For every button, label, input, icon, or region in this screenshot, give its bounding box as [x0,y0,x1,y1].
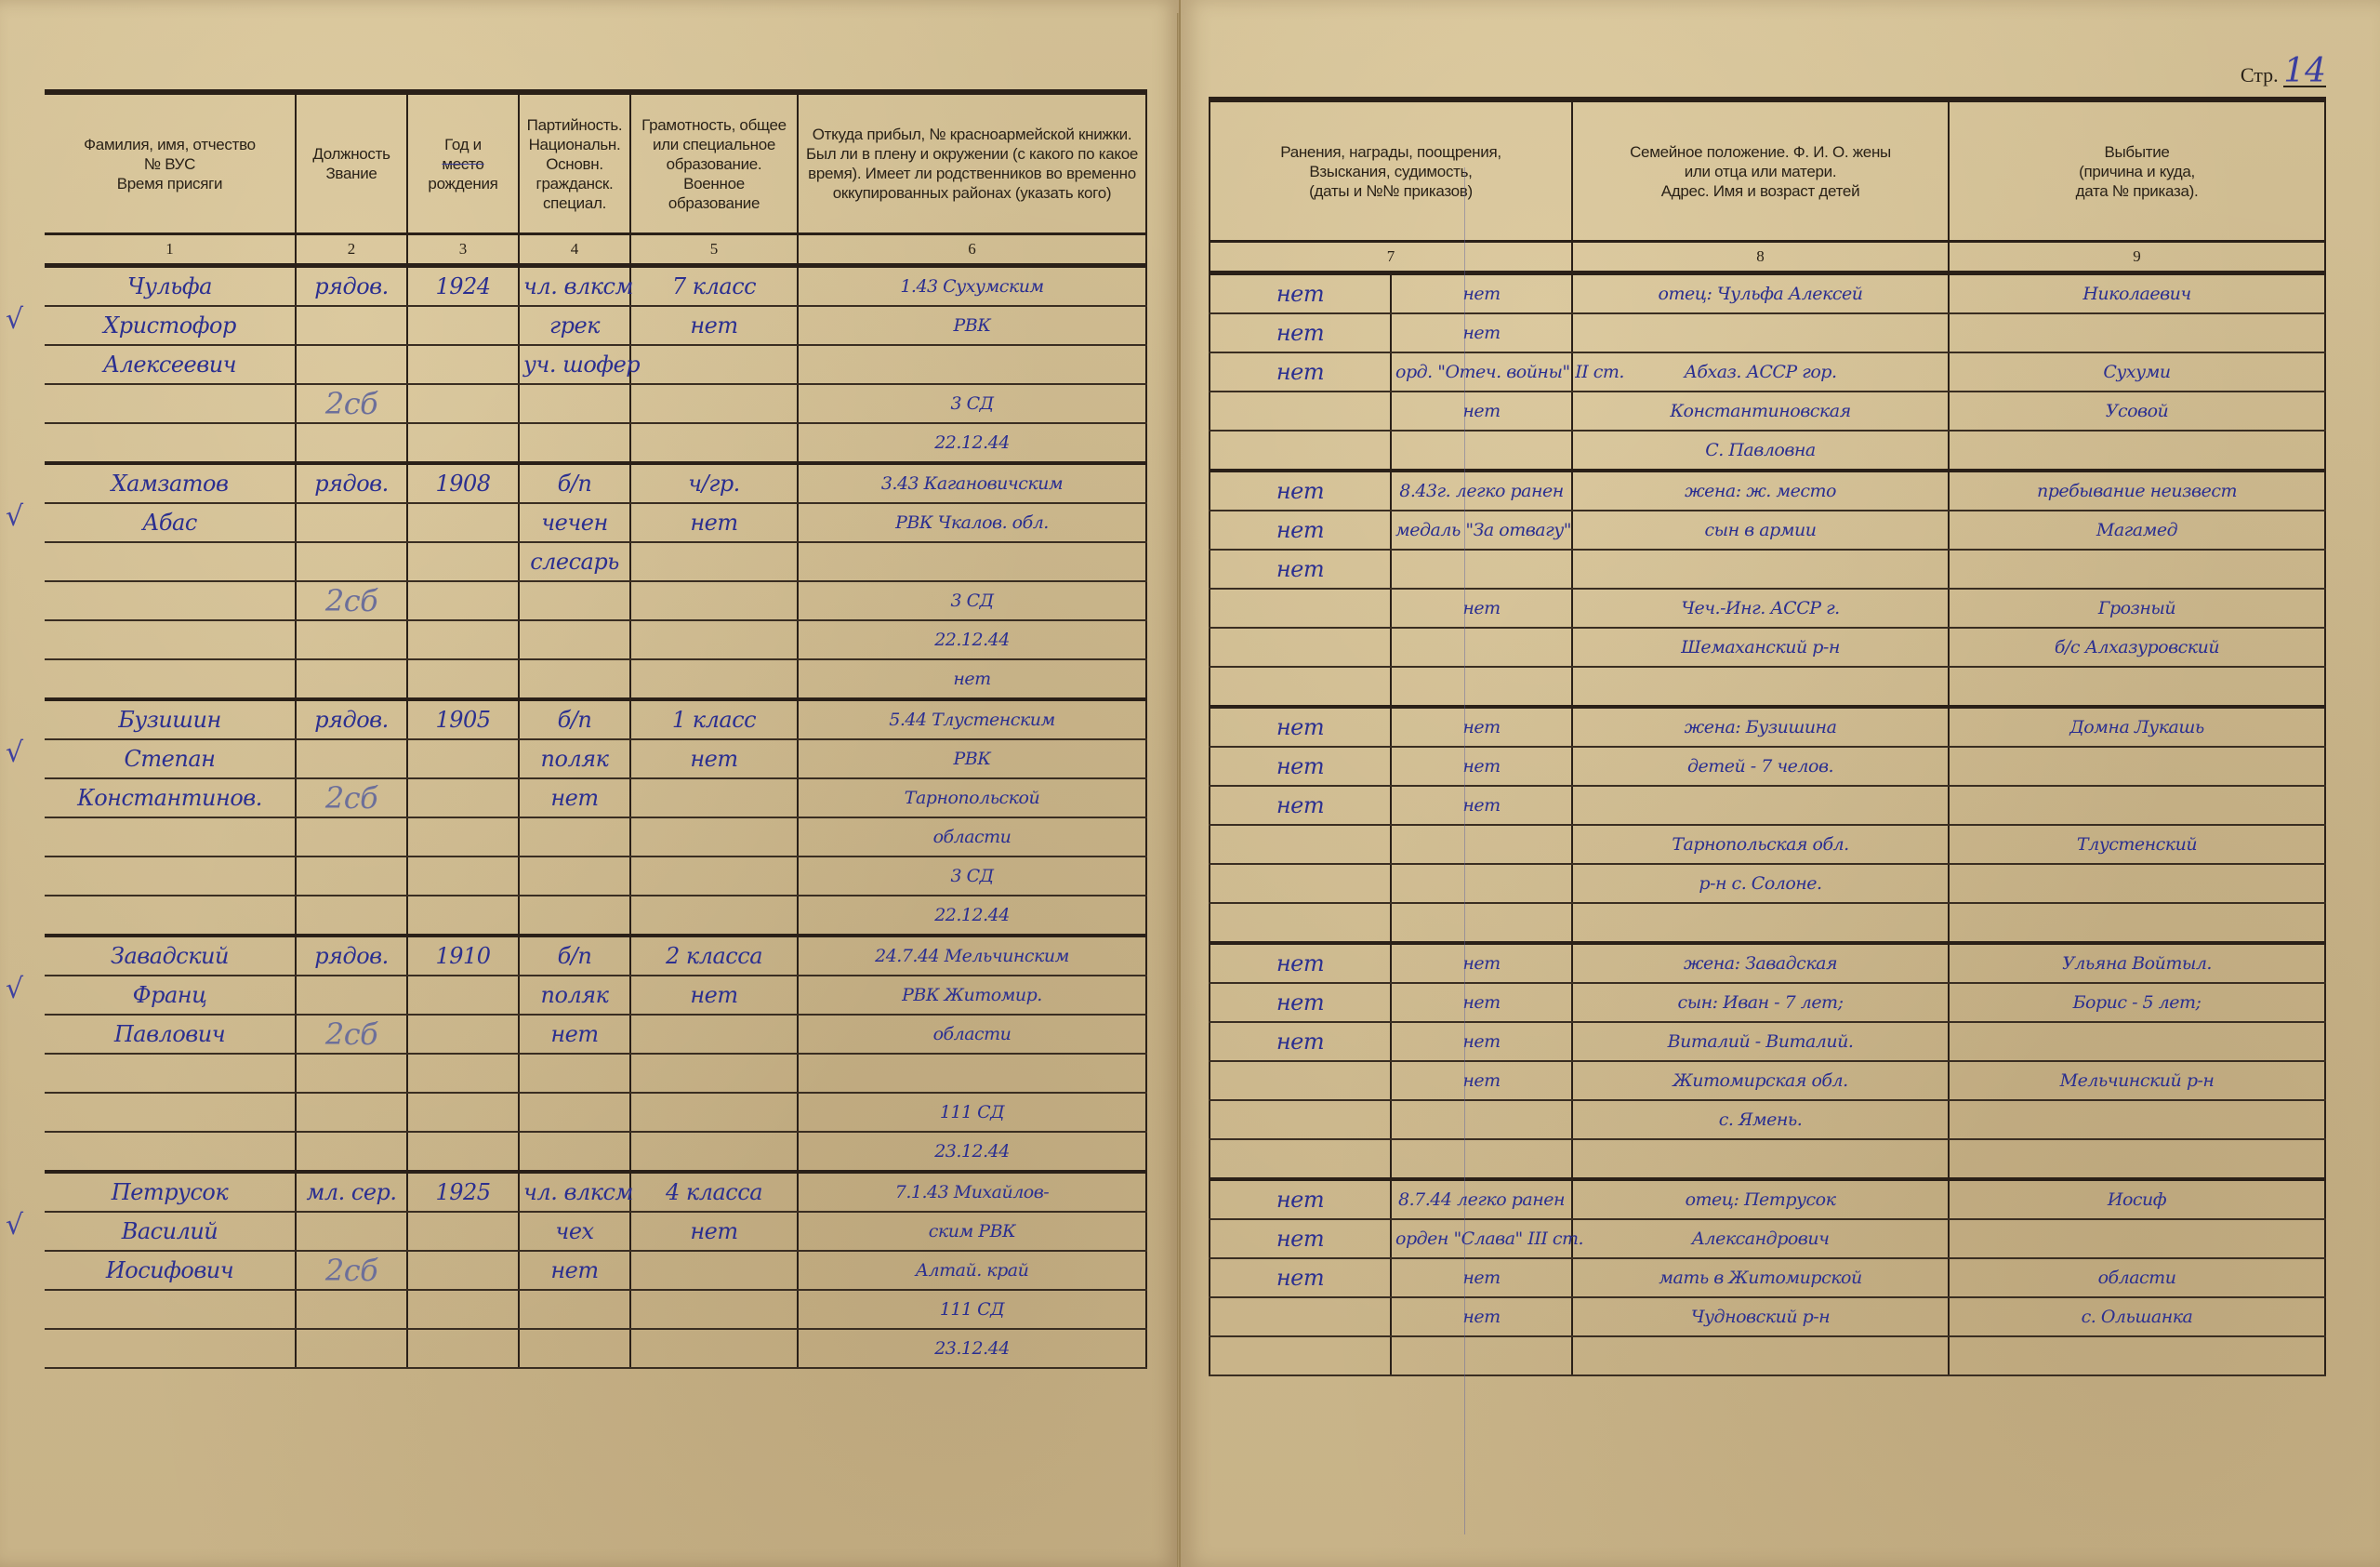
table-cell: нет [519,778,630,817]
table-cell [407,1212,519,1251]
table-cell [45,620,296,659]
table-cell: нет [1210,1022,1391,1061]
table-cell [630,620,798,659]
table-cell [407,896,519,936]
table-cell [1949,786,2325,825]
table-cell: 1.43 Сухумским [798,266,1146,307]
table-cell: нет [1210,550,1391,589]
table-cell [1391,628,1572,667]
table-cell [45,659,296,699]
table-cell: поляк [519,739,630,778]
table-row: нет [1210,550,2325,589]
table-cell: рядов. [296,266,407,307]
table-cell [630,1054,798,1093]
table-cell: Усовой [1949,392,2325,431]
header-education: Грамотность, общее или специальное образ… [630,92,798,234]
table-cell: Шемаханский р-н [1572,628,1949,667]
table-cell: Чульфа [45,266,296,307]
table-cell [296,542,407,581]
col-number: 7 [1210,242,1572,273]
table-cell: Тарнопольской [798,778,1146,817]
table-cell [630,423,798,463]
table-cell: нет [1391,747,1572,786]
table-row [1210,667,2325,707]
table-cell: Ульяна Войтыл. [1949,943,2325,983]
table-cell: р-н с. Солоне. [1572,864,1949,903]
table-row: 3 СД [45,857,1146,896]
table-row: 111 СД [45,1093,1146,1132]
table-cell: чечен [519,503,630,542]
table-cell [45,817,296,857]
table-cell [296,503,407,542]
table-cell: рядов. [296,699,407,739]
table-cell [296,976,407,1015]
table-cell: 24.7.44 Мельчинским [798,936,1146,976]
table-cell [630,817,798,857]
table-cell [1391,667,1572,707]
table-row: Хамзатоврядов.1908б/пч/гр.3.43 Каганович… [45,463,1146,503]
table-cell [519,581,630,620]
table-cell [630,896,798,936]
table-cell: б/с Алхазуровский [1949,628,2325,667]
table-cell [1391,864,1572,903]
table-cell: нет [1391,707,1572,747]
table-cell [798,1054,1146,1093]
checkmark-icon: √ [6,500,23,533]
table-cell: РВК [798,306,1146,345]
col-number: 3 [407,234,519,266]
table-row: слесарь [45,542,1146,581]
table-row [1210,1336,2325,1375]
table-cell: пребывание неизвест [1949,471,2325,511]
table-row: р-н с. Солоне. [1210,864,2325,903]
table-cell: РВК Чкалов. обл. [798,503,1146,542]
table-cell: нет [1210,1258,1391,1297]
right-page: Стр. 14 Ранения, награды, поощрения, Взы… [1181,0,2380,1567]
table-cell [1949,667,2325,707]
left-records: Чульфарядов.1924чл. влксм7 класс1.43 Сух… [45,266,1146,1369]
table-cell: 1905 [407,699,519,739]
table-cell [407,1054,519,1093]
table-cell [519,1329,630,1368]
table-cell: Абас [45,503,296,542]
table-cell: б/п [519,936,630,976]
table-row: нетнет [1210,786,2325,825]
table-row: неторд. "Отеч. войны" II ст.Абхаз. АССР … [1210,352,2325,392]
table-cell: нет [1391,392,1572,431]
table-cell: 7 класс [630,266,798,307]
col-number: 1 [45,234,296,266]
table-cell: чл. влксм [519,266,630,307]
checkmark-icon: √ [6,303,23,336]
table-cell: 23.12.44 [798,1329,1146,1368]
table-cell [1391,825,1572,864]
table-cell: нет [1391,1061,1572,1100]
table-cell: нет [1210,747,1391,786]
table-cell: жена: Завадская [1572,943,1949,983]
table-cell [1572,550,1949,589]
col-number: 4 [519,234,630,266]
table-cell: 8.7.44 легко ранен [1391,1179,1572,1219]
table-cell: 2сб [296,384,407,423]
table-cell [45,1132,296,1172]
table-cell: нет [1210,943,1391,983]
table-cell [1949,864,2325,903]
table-cell [407,1251,519,1290]
table-cell [519,423,630,463]
table-cell [630,581,798,620]
table-cell [630,857,798,896]
header-party-nationality: Партийность. Национальн. Основн. граждан… [519,92,630,234]
col-number: 5 [630,234,798,266]
table-cell: Петрусок [45,1172,296,1212]
table-cell [1949,431,2325,471]
table-cell [407,423,519,463]
table-row: Василийчехнетским РВК [45,1212,1146,1251]
table-cell: Тарнопольская обл. [1572,825,1949,864]
table-cell [45,857,296,896]
table-cell: Бузишин [45,699,296,739]
table-cell: Абхаз. АССР гор. [1572,352,1949,392]
open-ledger-book: Фамилия, имя, отчество № ВУС Время прися… [0,0,2380,1567]
table-cell: нет [1210,1219,1391,1258]
table-cell: отец: Петрусок [1572,1179,1949,1219]
left-page: Фамилия, имя, отчество № ВУС Время прися… [0,0,1181,1567]
table-cell [296,1329,407,1368]
table-cell: 111 СД [798,1290,1146,1329]
table-cell: нет [1210,1179,1391,1219]
table-cell [1210,825,1391,864]
table-cell: нет [1391,983,1572,1022]
table-cell: Алексеевич [45,345,296,384]
table-cell [407,857,519,896]
table-row: Иосифович2сбнетАлтай. край [45,1251,1146,1290]
table-cell: чех [519,1212,630,1251]
table-cell [630,1015,798,1054]
table-row: 22.12.44 [45,620,1146,659]
table-cell [407,345,519,384]
table-cell [407,739,519,778]
table-cell: чл. влксм [519,1172,630,1212]
table-cell: 3.43 Кагановичским [798,463,1146,503]
table-cell: области [798,817,1146,857]
table-cell [1949,1139,2325,1179]
table-row: нетнетдетей - 7 челов. [1210,747,2325,786]
col-number: 2 [296,234,407,266]
table-cell [45,1329,296,1368]
table-cell [519,817,630,857]
table-cell [1210,903,1391,943]
table-cell: жена: ж. место [1572,471,1949,511]
table-cell: грек [519,306,630,345]
table-cell [630,778,798,817]
table-cell [1210,667,1391,707]
table-cell [1391,1100,1572,1139]
table-cell [296,1054,407,1093]
table-row: 2сб3 СД [45,581,1146,620]
table-cell: Домна Лукашь [1949,707,2325,747]
table-cell: Христофор [45,306,296,345]
table-cell [407,1015,519,1054]
table-cell [296,620,407,659]
table-cell: рядов. [296,463,407,503]
table-cell [1391,903,1572,943]
table-cell: 2 класса [630,936,798,976]
table-row: нетЧудновский р-нс. Ольшанка [1210,1297,2325,1336]
table-cell: нет [1391,1022,1572,1061]
header-birth-year: Год и [414,135,512,154]
table-cell [45,1290,296,1329]
table-cell [1391,550,1572,589]
table-cell: 2сб [296,1015,407,1054]
table-cell [296,306,407,345]
table-cell: нет [1210,313,1391,352]
table-row: нетнетжена: БузишинаДомна Лукашь [1210,707,2325,747]
personnel-table-left: Фамилия, имя, отчество № ВУС Время прися… [45,89,1147,1369]
table-cell: Борис - 5 лет; [1949,983,2325,1022]
table-cell: Павлович [45,1015,296,1054]
table-cell [296,1132,407,1172]
table-cell: жена: Бузишина [1572,707,1949,747]
col-number: 6 [798,234,1146,266]
table-row: Завадскийрядов.1910б/п2 класса24.7.44 Ме… [45,936,1146,976]
table-cell: 3 СД [798,857,1146,896]
table-cell [45,542,296,581]
table-cell [519,1093,630,1132]
table-cell: области [798,1015,1146,1054]
table-cell [1210,392,1391,431]
book-spine [1177,13,1180,1567]
table-cell: Виталий - Виталий. [1572,1022,1949,1061]
table-row: нетнетотец: Чульфа АлексейНиколаевич [1210,273,2325,314]
table-row: области [45,817,1146,857]
table-cell [296,817,407,857]
table-cell: Завадский [45,936,296,976]
table-cell [1391,1139,1572,1179]
col-number: 8 [1572,242,1949,273]
table-cell [1949,313,2325,352]
table-row: С. Павловна [1210,431,2325,471]
table-cell [45,1054,296,1093]
table-cell [1210,628,1391,667]
table-cell [1391,1336,1572,1375]
table-cell: орден "Слава" III ст. [1391,1219,1572,1258]
table-cell: Степан [45,739,296,778]
table-row: Алексеевичуч. шофер [45,345,1146,384]
table-cell: 5.44 Тлустенским [798,699,1146,739]
table-cell [519,896,630,936]
table-cell [1210,864,1391,903]
table-cell: 8.43г. легко ранен [1391,471,1572,511]
table-row [1210,903,2325,943]
table-cell [296,857,407,896]
table-cell: нет [1391,273,1572,314]
table-cell: нет [630,503,798,542]
table-cell: 23.12.44 [798,1132,1146,1172]
table-cell: ским РВК [798,1212,1146,1251]
table-cell [630,1093,798,1132]
table-cell: Василий [45,1212,296,1251]
table-cell [1210,1297,1391,1336]
table-row: нетЧеч.-Инг. АССР г.Грозный [1210,589,2325,628]
table-row: 2сб3 СД [45,384,1146,423]
table-row: СтепанполякнетРВК [45,739,1146,778]
table-cell: 2сб [296,581,407,620]
table-cell [1210,1061,1391,1100]
table-cell [45,1093,296,1132]
table-cell: Александрович [1572,1219,1949,1258]
table-cell [519,1132,630,1172]
table-cell: б/п [519,463,630,503]
table-cell: 22.12.44 [798,620,1146,659]
table-cell: Магамед [1949,511,2325,550]
table-row: Бузишинрядов.1905б/п1 класс5.44 Тлустенс… [45,699,1146,739]
table-cell: Чудновский р-н [1572,1297,1949,1336]
table-cell: 2сб [296,1251,407,1290]
table-cell [519,659,630,699]
table-row: нетмедаль "За отвагу"сын в армииМагамед [1210,511,2325,550]
table-row: Тарнопольская обл.Тлустенский [1210,825,2325,864]
table-cell [630,542,798,581]
table-row: АбасчеченнетРВК Чкалов. обл. [45,503,1146,542]
table-cell [296,896,407,936]
table-cell [630,384,798,423]
table-cell: нет [798,659,1146,699]
checkmark-icon: √ [6,973,23,1005]
right-records: нетнетотец: Чульфа АлексейНиколаевичнетн… [1210,273,2325,1376]
table-cell: Франц [45,976,296,1015]
table-cell: орд. "Отеч. войны" II ст. [1391,352,1572,392]
table-cell [1572,1336,1949,1375]
table-cell: нет [1391,1258,1572,1297]
table-cell: нет [630,976,798,1015]
table-cell [407,620,519,659]
table-cell [407,976,519,1015]
table-cell: Иосифович [45,1251,296,1290]
table-cell: нет [630,306,798,345]
table-cell [1949,1336,2325,1375]
table-cell [1210,1139,1391,1179]
table-cell [519,1290,630,1329]
header-origin: Откуда прибыл, № красноармейской книжки.… [798,92,1146,234]
table-row: 22.12.44 [45,896,1146,936]
header-birth-place-struck: место [414,154,512,174]
table-cell: нет [1210,352,1391,392]
table-cell: 1925 [407,1172,519,1212]
table-cell [407,1132,519,1172]
table-cell: нет [519,1251,630,1290]
table-cell: нет [519,1015,630,1054]
table-cell [630,1251,798,1290]
table-cell: Константинов. [45,778,296,817]
table-cell: области [1949,1258,2325,1297]
table-cell [630,1290,798,1329]
table-cell: мл. сер. [296,1172,407,1212]
table-row: Павлович2сбнетобласти [45,1015,1146,1054]
table-cell: 22.12.44 [798,896,1146,936]
table-cell: 1908 [407,463,519,503]
table-cell [296,345,407,384]
table-cell: нет [1210,707,1391,747]
table-row: Константинов.2сбнетТарнопольской [45,778,1146,817]
table-cell [1210,1336,1391,1375]
table-row: нет [45,659,1146,699]
table-cell [630,1329,798,1368]
table-cell: Житомирская обл. [1572,1061,1949,1100]
table-cell [45,896,296,936]
page-label: Стр. [2241,63,2279,86]
table-row: ХристофоргрекнетРВК [45,306,1146,345]
table-cell: нет [1391,786,1572,825]
table-cell [1949,1100,2325,1139]
table-row: нет8.7.44 легко раненотец: ПетрусокИосиф [1210,1179,2325,1219]
table-cell [407,817,519,857]
table-row: неторден "Слава" III ст.Александрович [1210,1219,2325,1258]
table-row: нетнет [1210,313,2325,352]
table-cell [1572,786,1949,825]
table-cell: нет [1391,943,1572,983]
table-cell: рядов. [296,936,407,976]
table-cell: 4 класса [630,1172,798,1212]
table-cell [519,384,630,423]
checkmark-icon: √ [6,1209,23,1242]
table-cell [407,384,519,423]
table-cell [296,1093,407,1132]
table-cell: нет [630,1212,798,1251]
table-row: нетЖитомирская обл.Мельчинский р-н [1210,1061,2325,1100]
table-cell: 111 СД [798,1093,1146,1132]
table-row [45,1054,1146,1093]
table-cell: РВК [798,739,1146,778]
table-cell [798,345,1146,384]
table-cell [1949,1022,2325,1061]
table-cell: Николаевич [1949,273,2325,314]
table-cell: нет [630,739,798,778]
table-cell: Хамзатов [45,463,296,503]
table-row: нетнетжена: ЗавадскаяУльяна Войтыл. [1210,943,2325,983]
table-cell: Тлустенский [1949,825,2325,864]
table-cell: с. Ольшанка [1949,1297,2325,1336]
table-cell: Иосиф [1949,1179,2325,1219]
table-row: нетКонстантиновскаяУсовой [1210,392,2325,431]
table-cell: нет [1210,511,1391,550]
table-cell: б/п [519,699,630,739]
table-cell: 3 СД [798,581,1146,620]
table-cell: медаль "За отвагу" [1391,511,1572,550]
table-cell: сын: Иван - 7 лет; [1572,983,1949,1022]
table-cell [296,423,407,463]
table-cell: 7.1.43 Михайлов- [798,1172,1146,1212]
table-cell: ч/гр. [630,463,798,503]
table-cell: нет [1391,1297,1572,1336]
table-cell [407,1290,519,1329]
header-family: Семейное положение. Ф. И. О. жены или от… [1572,100,1949,242]
header-position-rank: Должность Звание [296,92,407,234]
table-cell: нет [1210,273,1391,314]
table-cell [1391,431,1572,471]
table-cell [296,739,407,778]
table-row: нет8.43г. легко раненжена: ж. местопребы… [1210,471,2325,511]
table-row: 23.12.44 [45,1329,1146,1368]
table-cell [407,581,519,620]
table-cell: слесарь [519,542,630,581]
table-cell: нет [1210,786,1391,825]
table-cell [296,1290,407,1329]
table-cell: детей - 7 челов. [1572,747,1949,786]
table-cell [519,1054,630,1093]
table-cell: Сухуми [1949,352,2325,392]
table-cell [798,542,1146,581]
